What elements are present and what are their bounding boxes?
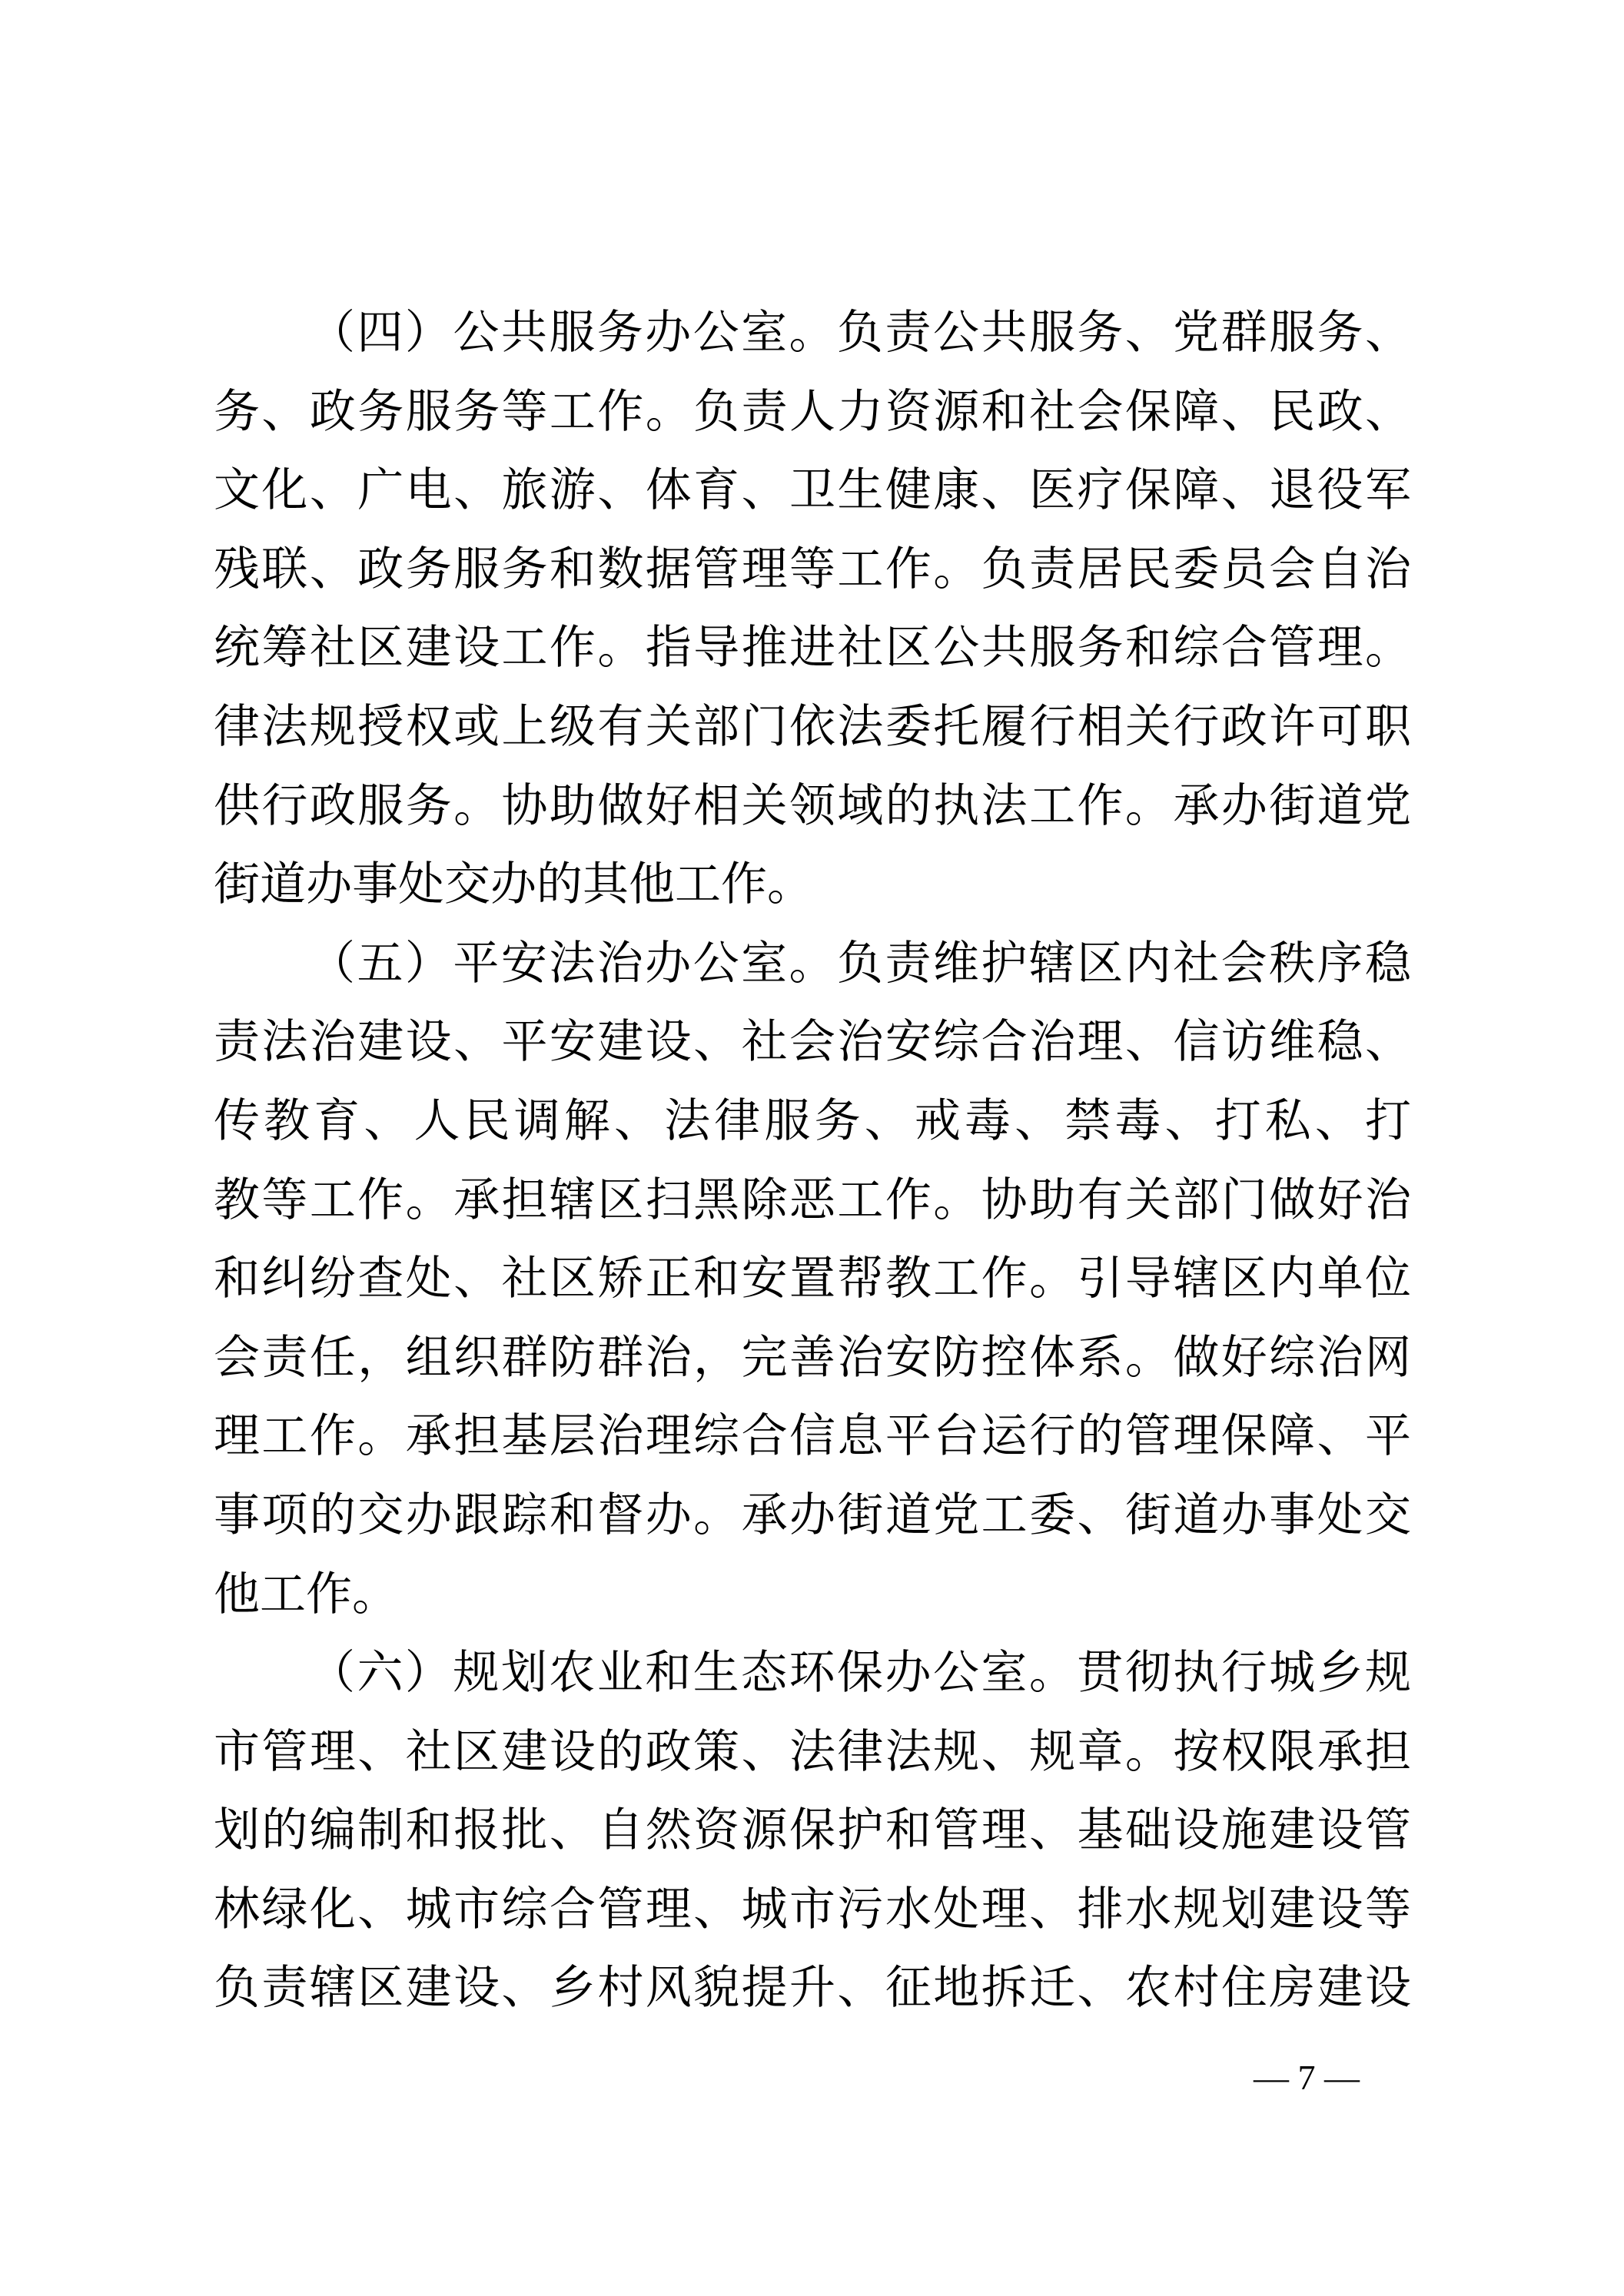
text-line: （四）公共服务办公室。负责公共服务、党群服务、社会事	[214, 294, 1411, 373]
text-line: 划的编制和报批、自然资源保护和管理、基础设施建设管理、园	[214, 1791, 1411, 1870]
text-line: 统筹社区建设工作。指导推进社区公共服务和综合管理。根据法	[214, 609, 1411, 688]
text-line: 传教育、人民调解、法律服务、戒毒、禁毒、打私、打传、反邪	[214, 1082, 1411, 1161]
text-line: 会责任，组织群防群治，完善治安防控体系。做好综治网格化管	[214, 1319, 1411, 1398]
document-page: （四）公共服务办公室。负责公共服务、党群服务、社会事 务、政务服务等工作。负责人…	[0, 0, 1624, 2296]
text-line: （五）平安法治办公室。负责维护辖区内社会秩序稳定。负	[214, 924, 1411, 1004]
text-line: 理工作。承担基层治理综合信息平台运行的管理保障、平台对接	[214, 1397, 1411, 1476]
text-line: （六）规划农业和生态环保办公室。贯彻执行城乡规划、城	[214, 1634, 1411, 1713]
text-line: 责法治建设、平安建设、社会治安综合治理、信访维稳、法制宣	[214, 1003, 1411, 1082]
text-line: 街道办事处交办的其他工作。	[214, 845, 1411, 924]
text-line: 他工作。	[214, 1555, 1411, 1634]
text-line: 事项的交办跟踪和督办。承办街道党工委、街道办事处交办的其	[214, 1476, 1411, 1555]
text-line: 残联、政务服务和数据管理等工作。负责居民委员会自治工作和	[214, 530, 1411, 609]
text-line: 文化、广电、旅游、体育、卫生健康、医疗保障、退役军人事务、	[214, 451, 1411, 530]
text-line: 教等工作。承担辖区扫黑除恶工作。协助有关部门做好治安案件	[214, 1161, 1411, 1240]
text-line: 供行政服务。协助做好相关领域的执法工作。承办街道党工委、	[214, 767, 1411, 846]
text-line: 律法规授权或上级有关部门依法委托履行相关行政许可职能和提	[214, 688, 1411, 767]
page-number: — 7 —	[1230, 2047, 1383, 2109]
text-line: 市管理、社区建设的政策、法律法规、规章。按权限承担建设规	[214, 1713, 1411, 1792]
text-line: 务、政务服务等工作。负责人力资源和社会保障、民政、教育、	[214, 373, 1411, 452]
text-line: 和纠纷查处、社区矫正和安置帮教工作。引导辖区内单位履行社	[214, 1239, 1411, 1319]
document-body: （四）公共服务办公室。负责公共服务、党群服务、社会事 务、政务服务等工作。负责人…	[214, 294, 1411, 2028]
text-line: 林绿化、城市综合管理、城市污水处理、排水规划建设等工作。	[214, 1870, 1411, 1949]
text-line: 负责辖区建设、乡村风貌提升、征地拆迁、农村住房建设管理、	[214, 1949, 1411, 2028]
